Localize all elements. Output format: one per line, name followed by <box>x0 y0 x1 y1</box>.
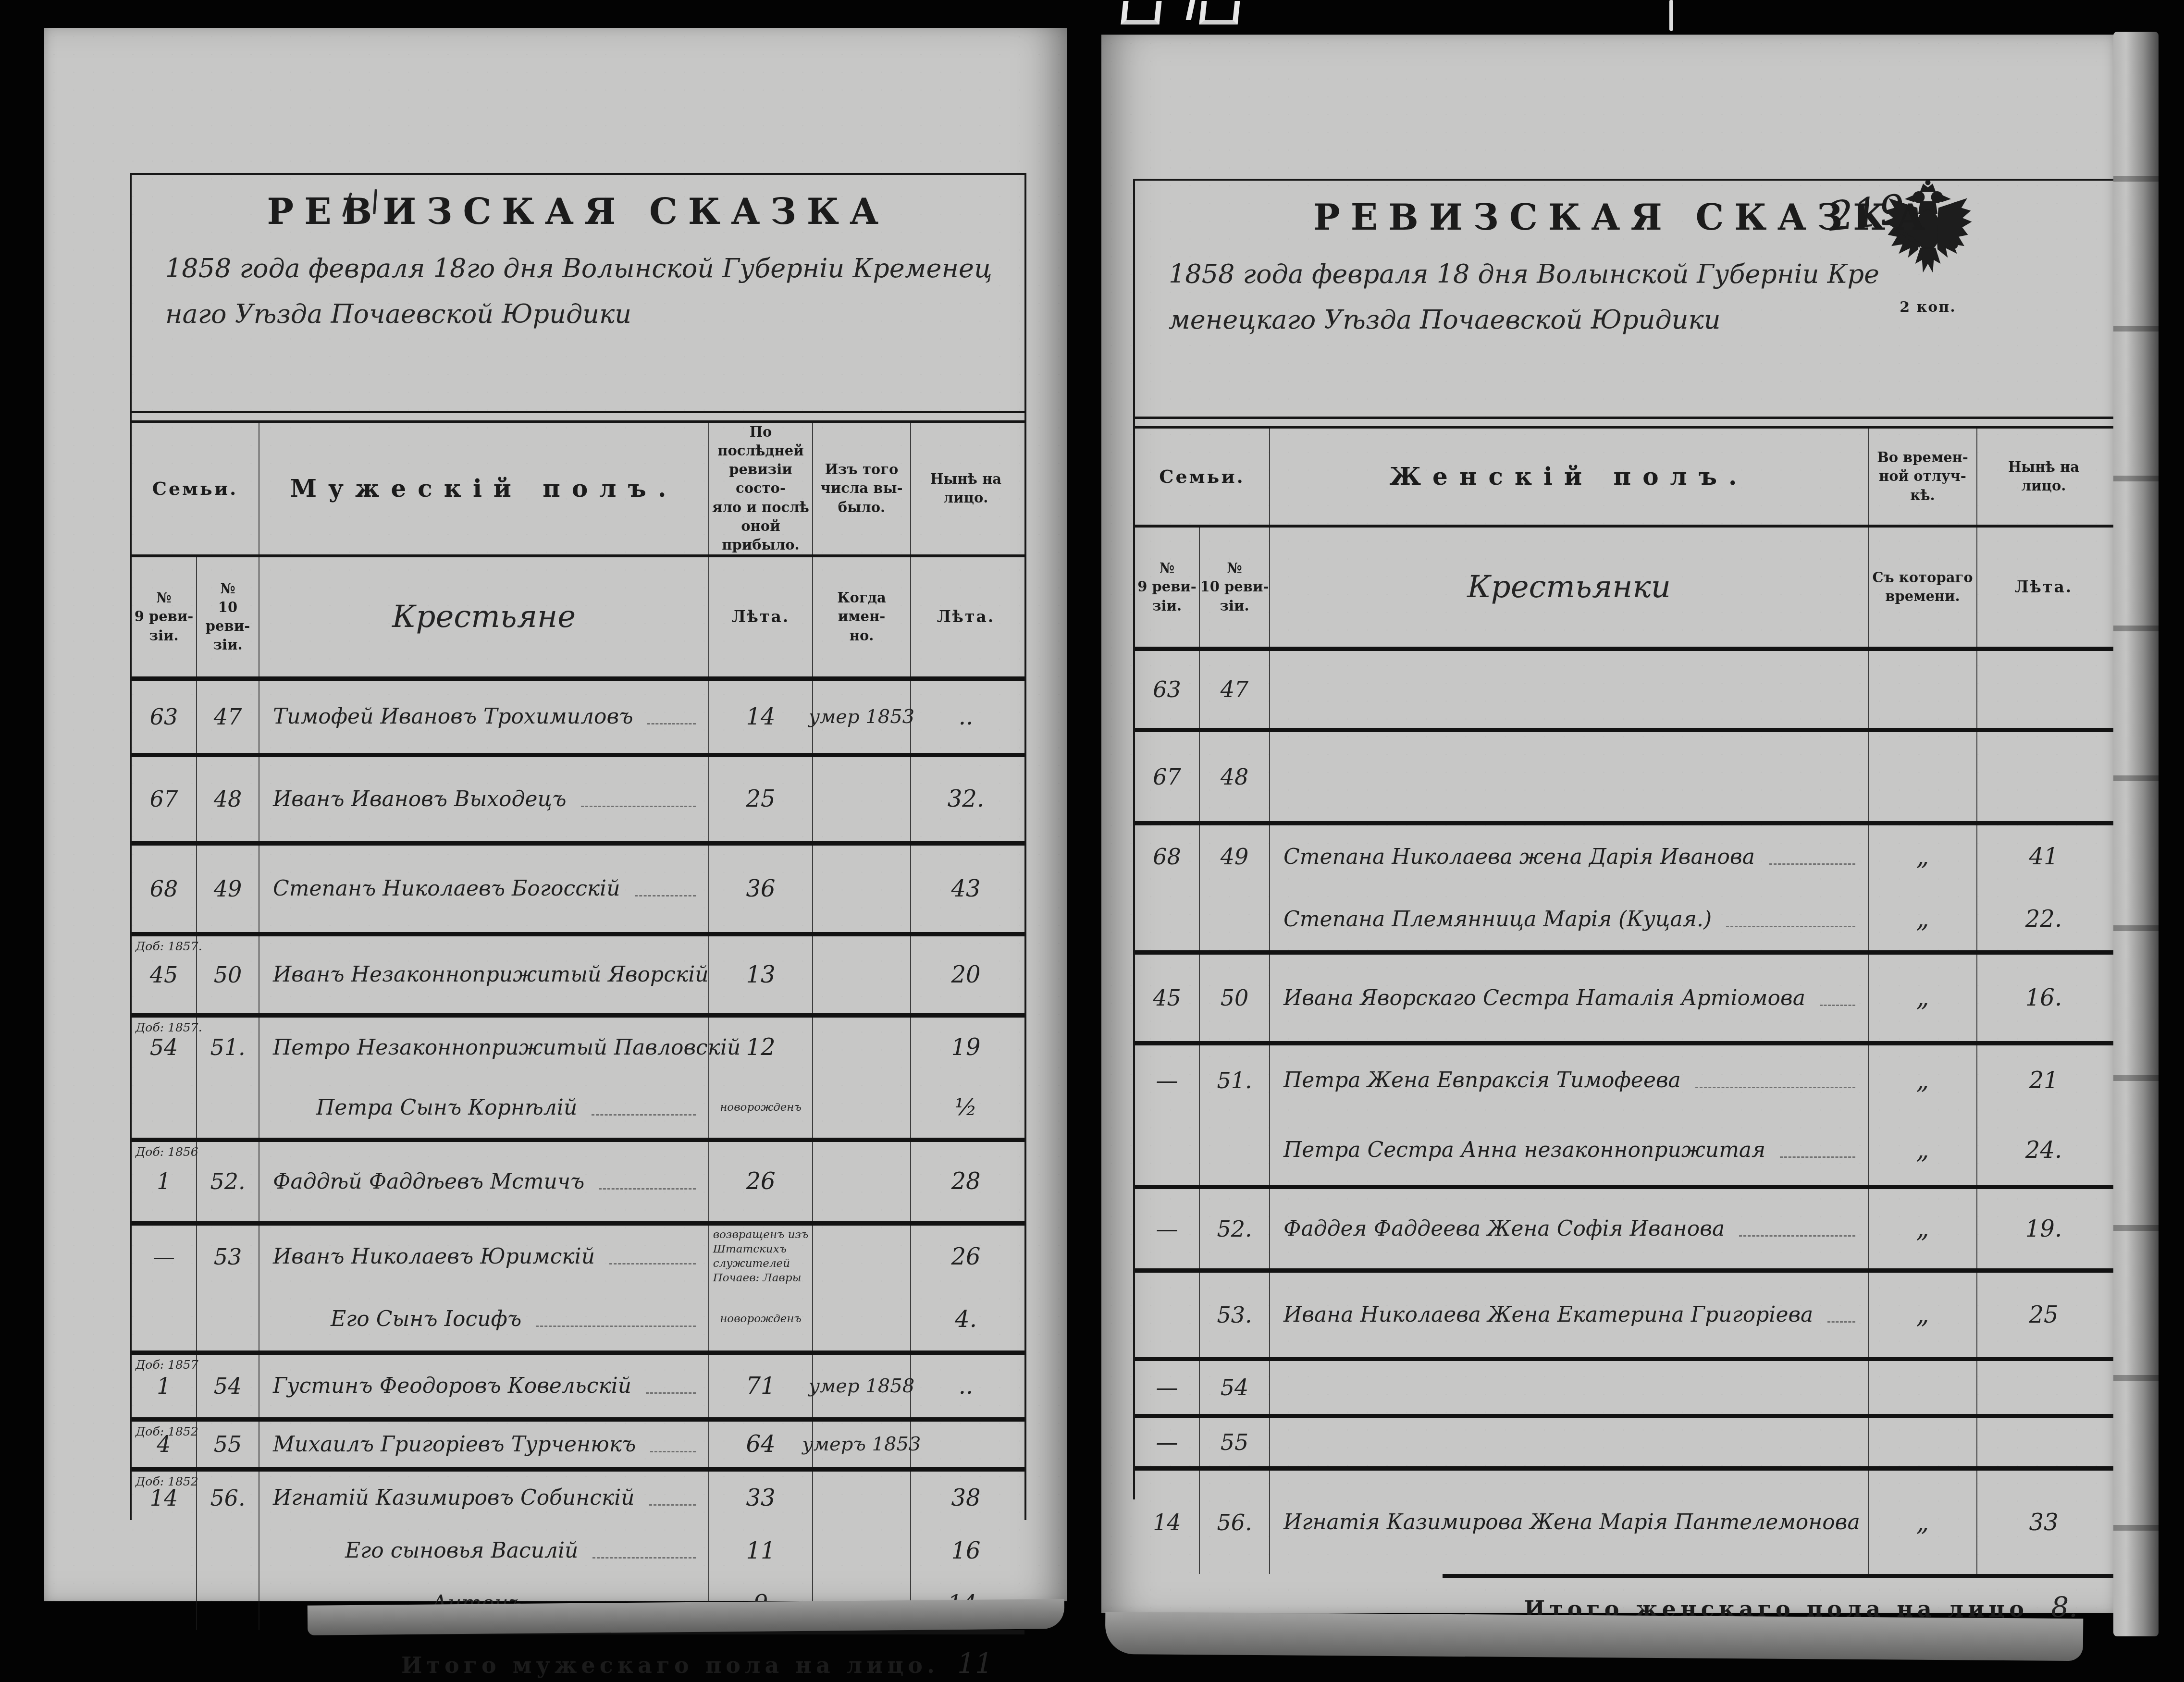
age-now: ½ <box>955 1094 977 1121</box>
name-cell <box>1270 1418 1869 1466</box>
rev9-number: 68 <box>1153 844 1181 870</box>
age-now-cell: 38 <box>911 1472 1021 1524</box>
person-name: Ивана Николаева Жена Екатерина Григоріев… <box>1283 1302 1813 1327</box>
rev9-number: — <box>153 1244 175 1270</box>
since-cell <box>1869 651 1977 728</box>
ditto-mark: „ <box>1916 983 1929 1012</box>
rev9-cell: Доб: 1857.54 <box>132 1018 197 1078</box>
family-group: Доб: 1857154Густинъ Феодоровъ Ковельскій… <box>132 1351 1024 1417</box>
col-header-male-sex: Мужескій полъ. <box>259 423 709 554</box>
person-name: Степана Николаева жена Дарія Иванова <box>1283 845 1755 869</box>
name-cell: Тимофей Ивановъ Трохимиловъ <box>259 681 709 753</box>
rev10-cell: 56. <box>197 1472 259 1524</box>
person-name: Михаилъ Григоріевъ Турченюкъ <box>273 1432 636 1457</box>
total-value: 11 <box>939 1647 1011 1680</box>
since-cell: „ <box>1869 825 1977 888</box>
rev10-number: 55 <box>1221 1429 1249 1455</box>
family-group: 6849Степанъ Николаевъ Богосскій3643 <box>132 841 1024 932</box>
person-line: —54 <box>1135 1361 2114 1414</box>
name-cell: Петра Сынъ Корнѣлій <box>259 1078 709 1138</box>
name-cell: Степанъ Николаевъ Богосскій <box>259 846 709 932</box>
age-now-cell: 19. <box>1977 1189 2110 1268</box>
col-header-years-now: Лѣта. <box>911 557 1021 676</box>
rev10-cell: 53 <box>197 1226 259 1288</box>
rev10-cell: 49 <box>197 846 259 932</box>
age-now-cell: 19 <box>911 1018 1021 1078</box>
age-now-cell <box>1977 1418 2110 1466</box>
name-cell <box>1270 1361 1869 1414</box>
rev9-cell: Доб: 18571 <box>132 1355 197 1417</box>
departed-cell <box>813 936 911 1013</box>
person-name: Иванъ Незаконноприжитый Яворскій <box>273 962 709 987</box>
table-top-rule <box>1135 417 2114 429</box>
age-now: 4. <box>955 1306 977 1333</box>
rev9-cell <box>132 1577 197 1630</box>
rev10-number: 51. <box>1217 1068 1252 1093</box>
rev10-cell: 54 <box>1200 1361 1270 1414</box>
col-header-rev9: № 9 реви- зіи. <box>132 557 197 676</box>
age-previous-revision: 71 <box>746 1373 775 1400</box>
person-name: Его сыновья Василій <box>345 1538 578 1563</box>
family-group: 6748Иванъ Ивановъ Выходецъ2532. <box>132 753 1024 841</box>
trailing-rule <box>536 1325 696 1327</box>
person-line: Петра Сестра Анна незаконноприжитая„24. <box>1135 1115 2114 1185</box>
person-name: Петра Сестра Анна незаконноприжитая <box>1283 1138 1765 1162</box>
person-line: —53Иванъ Николаевъ Юримскійвозвращенъ из… <box>132 1226 1024 1288</box>
rev9-number: 1 <box>157 1168 171 1194</box>
rev10-cell: 47 <box>1200 651 1270 728</box>
person-name: Степанъ Николаевъ Богосскій <box>273 876 620 901</box>
person-name: Густинъ Феодоровъ Ковельскій <box>273 1374 631 1398</box>
person-name: Степана Племянница Марія (Куцая.) <box>1283 907 1712 932</box>
departed-cell <box>813 1472 911 1524</box>
rev10-cell: 52. <box>1200 1189 1270 1268</box>
table-body: 6347Тимофей Ивановъ Трохимиловъ14умер 18… <box>132 681 1024 1630</box>
col-header-female-sex: Женскій полъ. <box>1270 429 1869 525</box>
age-previous-revision: 25 <box>746 786 775 812</box>
person-name: Игнатій Казимировъ Собинскій <box>273 1486 635 1510</box>
rev9-cell: 63 <box>132 681 197 753</box>
rev10-cell: 47 <box>197 681 259 753</box>
table-body: 634767486849Степана Николаева жена Дарія… <box>1135 651 2114 1574</box>
rev9-cell: — <box>1135 1045 1200 1115</box>
rev9-number: 14 <box>1153 1510 1181 1535</box>
age-now-cell: 43 <box>911 846 1021 932</box>
name-cell: Петро Незаконноприжитый Павловскій <box>259 1018 709 1078</box>
rev9-cell: 68 <box>132 846 197 932</box>
rev10-cell <box>1200 1115 1270 1185</box>
margin-annotation: Доб: 1857. <box>136 1020 202 1034</box>
rev9-number: 68 <box>150 876 178 902</box>
rev10-number: 51. <box>210 1034 245 1060</box>
family-group: —52.Фаддея Фаддеева Жена Софія Иванова„1… <box>1135 1185 2114 1268</box>
trailing-rule <box>1726 925 1855 927</box>
age-now-cell: 32. <box>911 757 1021 841</box>
person-line: —51.Петра Жена Евпраксія Тимофеева„21 <box>1135 1045 2114 1115</box>
age-previous-revision: 26 <box>746 1168 775 1195</box>
total-row: Итого мужескаго пола на лицо. 11 <box>132 1634 1024 1682</box>
rev9-number: 67 <box>1153 764 1181 790</box>
since-cell: „ <box>1869 1115 1977 1185</box>
name-cell: Густинъ Феодоровъ Ковельскій <box>259 1355 709 1417</box>
departed-cell <box>813 1018 911 1078</box>
name-cell: Его Сынъ Іосифъ <box>259 1288 709 1351</box>
rev9-number: — <box>1156 1429 1178 1455</box>
rev9-cell: Доб: 185214 <box>132 1472 197 1524</box>
trailing-rule <box>646 1391 696 1394</box>
rev9-cell: 68 <box>1135 825 1200 888</box>
departed-cell <box>813 1524 911 1577</box>
age-now-cell: 21 <box>1977 1045 2110 1115</box>
col-header-when-exactly: Когда имен- но. <box>813 557 911 676</box>
rev10-cell: 52. <box>197 1142 259 1221</box>
age-now-cell: 16 <box>911 1524 1021 1577</box>
total-label: Итого мужескаго пола на лицо. <box>401 1652 939 1678</box>
trailing-rule <box>1695 1086 1855 1088</box>
age-now-cell: .. <box>911 1355 1021 1417</box>
rev10-cell: 51. <box>1200 1045 1270 1115</box>
departed-note: умеръ 1853 <box>802 1433 921 1455</box>
age-now-cell: 16. <box>1977 955 2110 1041</box>
trailing-rule <box>1827 1320 1855 1323</box>
person-line: 4550Ивана Яворскаго Сестра Наталія Артіо… <box>1135 955 2114 1041</box>
departed-note: умер 1858 <box>809 1375 914 1397</box>
rev10-number: 49 <box>1221 844 1249 870</box>
age-previous-revision: 14 <box>746 703 775 730</box>
rev9-cell: 67 <box>1135 732 1200 821</box>
age-prev-cell: 33 <box>709 1472 813 1524</box>
name-cell: Иванъ Незаконноприжитый Яворскій <box>259 936 709 1013</box>
age-now-cell <box>911 1422 1021 1467</box>
rev9-number: 63 <box>1153 676 1181 702</box>
age-previous-revision: возвращенъ изъ Штатскихъ служителей Поча… <box>713 1228 809 1286</box>
rev10-number: 56. <box>210 1485 245 1511</box>
age-prev-cell: 64 <box>709 1422 813 1467</box>
age-now: 33 <box>2029 1509 2058 1536</box>
name-cell: Петра Жена Евпраксія Тимофеева <box>1270 1045 1869 1115</box>
since-cell: „ <box>1869 888 1977 950</box>
rev10-cell: 56. <box>1200 1471 1270 1574</box>
age-now-cell: 28 <box>911 1142 1021 1221</box>
person-line: 6849Степана Николаева жена Дарія Иванова… <box>1135 825 2114 888</box>
age-now: 43 <box>951 875 980 902</box>
table-header-row-2: № 9 реви- зіи. № 10 реви- зіи. Крестьяне… <box>132 557 1024 681</box>
family-group: 6748 <box>1135 728 2114 821</box>
ditto-mark: „ <box>1916 842 1929 871</box>
family-group: Доб: 1852455Михаилъ Григоріевъ Турченюкъ… <box>132 1417 1024 1467</box>
col-header-absence: Во времен- ной отлуч- кѣ. <box>1869 429 1977 525</box>
person-line: 53.Ивана Николаева Жена Екатерина Григор… <box>1135 1273 2114 1357</box>
rev9-cell <box>132 1524 197 1577</box>
col-header-family: Семьи. <box>132 423 259 554</box>
rev9-number: 54 <box>150 1034 178 1060</box>
rev9-cell: Доб: 1857.45 <box>132 936 197 1013</box>
rev10-number: 52. <box>1217 1216 1252 1242</box>
age-now-cell <box>1977 1361 2110 1414</box>
person-name: Его Сынъ Іосифъ <box>331 1307 521 1331</box>
person-line: Петра Сынъ Корнѣлійноворожденъ½ <box>132 1078 1024 1138</box>
age-now: 16 <box>951 1537 980 1564</box>
departed-cell <box>813 846 911 932</box>
name-cell: Иванъ Ивановъ Выходецъ <box>259 757 709 841</box>
rev9-cell: 45 <box>1135 955 1200 1041</box>
age-previous-revision: новорожденъ <box>720 1312 802 1326</box>
rev9-cell: 14 <box>1135 1471 1200 1574</box>
departed-cell <box>813 1288 911 1351</box>
table-header-row-1: Семьи. Мужескій полъ. По послѣдней ревиз… <box>132 423 1024 557</box>
family-group: 6347 <box>1135 651 2114 728</box>
rev10-cell <box>197 1524 259 1577</box>
rev9-number: — <box>1156 1375 1178 1400</box>
name-cell: Петра Сестра Анна незаконноприжитая <box>1270 1115 1869 1185</box>
person-line: Доб: 1856152.Фаддѣй Фаддѣевъ Мстичъ2628 <box>132 1142 1024 1221</box>
rev9-cell: — <box>1135 1418 1200 1466</box>
rev10-number: 50 <box>1221 985 1249 1011</box>
rev10-number: 50 <box>214 962 242 988</box>
document-frame: РЕВИЗСКАЯ СКАЗКА 1858 года февраля 18 дн… <box>1133 179 2116 1499</box>
margin-annotation: Доб: 1852 <box>136 1424 198 1438</box>
age-previous-revision: 11 <box>746 1537 775 1564</box>
rev9-cell: — <box>132 1226 197 1288</box>
rev9-number: 63 <box>150 704 178 730</box>
rev10-cell: 50 <box>197 936 259 1013</box>
col-header-present: Нынѣ на лицо. <box>911 423 1021 554</box>
margin-annotation: Доб: 1852 <box>136 1474 198 1488</box>
age-now: 19. <box>2025 1215 2062 1242</box>
person-line: Доб: 1857154Густинъ Феодоровъ Ковельскій… <box>132 1355 1024 1417</box>
name-cell: Фаддея Фаддеева Жена Софія Иванова <box>1270 1189 1869 1268</box>
rev10-cell <box>197 1577 259 1630</box>
margin-annotation: Доб: 1856 <box>136 1145 198 1159</box>
departed-cell: умеръ 1853 <box>813 1422 911 1467</box>
person-name: Иванъ Николаевъ Юримскій <box>273 1244 595 1269</box>
person-name: Петра Жена Евпраксія Тимофеева <box>1283 1068 1681 1093</box>
rev10-number: 52. <box>210 1168 245 1194</box>
rev10-number: 48 <box>214 786 242 812</box>
rev10-cell: 48 <box>197 757 259 841</box>
name-cell: Михаилъ Григоріевъ Турченюкъ <box>259 1422 709 1467</box>
col-header-years-now: Лѣта. <box>1977 528 2110 647</box>
col-header-years-prev: Лѣта. <box>709 557 813 676</box>
rev10-number: 54 <box>1221 1375 1249 1400</box>
departed-cell: умер 1853 <box>813 681 911 753</box>
age-previous-revision: 36 <box>746 875 775 902</box>
since-cell: „ <box>1869 1189 1977 1268</box>
margin-annotation: Доб: 1857. <box>136 939 202 953</box>
family-group: —54 <box>1135 1357 2114 1414</box>
table-header-row-2: № 9 реви- зіи. № 10 реви- зіи. Крестьянк… <box>1135 528 2114 651</box>
film-counter-mark <box>1167 0 1196 20</box>
person-name: Петро Незаконноприжитый Павловскій <box>273 1035 740 1060</box>
rev9-cell <box>1135 888 1200 950</box>
rev10-number: 47 <box>214 704 242 730</box>
trailing-rule <box>647 722 696 724</box>
rev9-number: 14 <box>150 1485 178 1511</box>
person-line: —52.Фаддея Фаддеева Жена Софія Иванова„1… <box>1135 1189 2114 1268</box>
page-title: РЕВИЗСКАЯ СКАЗКА <box>132 191 1024 233</box>
rev9-number: 67 <box>150 786 178 812</box>
age-now-cell <box>1977 651 2110 728</box>
name-cell: Ивана Яворскаго Сестра Наталія Артіомова <box>1270 955 1869 1041</box>
rev10-cell <box>1200 888 1270 950</box>
rev10-cell <box>197 1288 259 1351</box>
ditto-mark: „ <box>1916 1215 1929 1243</box>
person-line: Доб: 1857.5451.Петро Незаконноприжитый П… <box>132 1018 1024 1078</box>
age-now-cell: 26 <box>911 1226 1021 1288</box>
ditto-mark: „ <box>1916 1508 1929 1537</box>
age-now: 25 <box>2029 1301 2058 1328</box>
age-now-cell: 41 <box>1977 825 2110 888</box>
age-prev-cell: новорожденъ <box>709 1078 813 1138</box>
col-header-rev9: № 9 реви- зіи. <box>1135 528 1200 647</box>
since-cell <box>1869 732 1977 821</box>
rev9-number: — <box>1156 1216 1178 1242</box>
age-now-cell: .. <box>911 681 1021 753</box>
age-now: 32. <box>948 786 984 812</box>
left-page: РЕВИЗСКАЯ СКАЗКА 1858 года февраля 18го … <box>44 28 1067 1601</box>
book-page-stack-edge <box>2113 32 2159 1636</box>
trailing-rule <box>1780 1155 1855 1158</box>
rev9-cell <box>132 1288 197 1351</box>
age-now: 22. <box>2025 906 2062 933</box>
age-now: 16. <box>2025 984 2062 1011</box>
rev10-cell: 48 <box>1200 732 1270 821</box>
age-prev-cell: 71 <box>709 1355 813 1417</box>
age-now: .. <box>959 703 974 730</box>
trailing-rule <box>649 1503 696 1506</box>
ditto-mark: „ <box>1916 1066 1929 1095</box>
name-cell: Фаддѣй Фаддѣевъ Мстичъ <box>259 1142 709 1221</box>
family-group: —51.Петра Жена Евпраксія Тимофеева„21Пет… <box>1135 1041 2114 1185</box>
col-header-peasant-women: Крестьянки <box>1270 528 1869 647</box>
name-cell: Степана Николаева жена Дарія Иванова <box>1270 825 1869 888</box>
rev9-cell <box>1135 1273 1200 1357</box>
departed-cell <box>813 1142 911 1221</box>
departed-cell <box>813 757 911 841</box>
person-line: 6849Степанъ Николаевъ Богосскій3643 <box>132 846 1024 932</box>
rev10-cell: 54 <box>197 1355 259 1417</box>
age-now-cell: 22. <box>1977 888 2110 950</box>
age-prev-cell: 36 <box>709 846 813 932</box>
age-previous-revision: 12 <box>746 1034 775 1061</box>
right-page: 219 2 коп. <box>1101 35 2116 1613</box>
col-header-since-when: Съ котораго времени. <box>1869 528 1977 647</box>
family-group: —55 <box>1135 1414 2114 1466</box>
age-now-cell: 4. <box>911 1288 1021 1351</box>
trailing-rule <box>650 1450 696 1452</box>
person-line: 6347 <box>1135 651 2114 728</box>
person-name: Иванъ Ивановъ Выходецъ <box>273 787 567 811</box>
age-now-cell: 25 <box>1977 1273 2110 1357</box>
rev10-number: 55 <box>214 1431 242 1457</box>
person-line: 6748 <box>1135 732 2114 821</box>
rev10-cell: 55 <box>197 1422 259 1467</box>
rev9-number: — <box>1156 1068 1178 1093</box>
scanned-revision-list: РЕВИЗСКАЯ СКАЗКА 1858 года февраля 18го … <box>0 0 2184 1682</box>
rev10-number: 53. <box>1217 1302 1252 1328</box>
age-now: 41 <box>2029 843 2058 870</box>
film-counter-mark <box>1121 1 1161 25</box>
age-previous-revision: 33 <box>746 1485 775 1511</box>
age-prev-cell: возвращенъ изъ Штатскихъ служителей Поча… <box>709 1226 813 1288</box>
age-now: 38 <box>951 1485 980 1511</box>
trailing-rule <box>581 805 696 807</box>
rev9-number: 1 <box>157 1373 171 1399</box>
family-group: Доб: 1857.4550Иванъ Незаконноприжитый Яв… <box>132 932 1024 1013</box>
rev10-number: 56. <box>1217 1510 1252 1535</box>
rev9-cell: Доб: 18524 <box>132 1422 197 1467</box>
family-group: 6849Степана Николаева жена Дарія Иванова… <box>1135 821 2114 950</box>
film-scratch-mark <box>1669 0 1673 31</box>
name-cell <box>1270 651 1869 728</box>
family-group: 53.Ивана Николаева Жена Екатерина Григор… <box>1135 1268 2114 1357</box>
page-title: РЕВИЗСКАЯ СКАЗКА <box>1135 197 2114 238</box>
col-header-rev10: № 10 реви- зіи. <box>197 557 259 676</box>
col-header-peasants: Крестьяне <box>259 557 709 676</box>
person-name: Ивана Яворскаго Сестра Наталія Артіомова <box>1283 986 1805 1010</box>
departed-cell: умер 1858 <box>813 1355 911 1417</box>
family-group: Доб: 1856152.Фаддѣй Фаддѣевъ Мстичъ2628 <box>132 1138 1024 1221</box>
col-header-present: Нынѣ на лицо. <box>1977 429 2110 525</box>
rev10-cell: 51. <box>197 1018 259 1078</box>
rev9-cell <box>1135 1115 1200 1185</box>
person-name: Фаддея Фаддеева Жена Софія Иванова <box>1283 1216 1725 1241</box>
trailing-rule <box>1739 1234 1855 1237</box>
ditto-mark: „ <box>1916 1301 1929 1329</box>
departed-cell <box>813 1226 911 1288</box>
age-now-cell: 24. <box>1977 1115 2110 1185</box>
person-line: Его Сынъ Іосифъноворожденъ4. <box>132 1288 1024 1351</box>
rev9-number: 45 <box>150 962 178 988</box>
age-prev-cell: 11 <box>709 1524 813 1577</box>
ditto-mark: „ <box>1916 1136 1929 1165</box>
age-prev-cell: новорожденъ <box>709 1288 813 1351</box>
person-line: 6748Иванъ Ивановъ Выходецъ2532. <box>132 757 1024 841</box>
family-group: 4550Ивана Яворскаго Сестра Наталія Артіо… <box>1135 950 2114 1041</box>
rev10-cell: 49 <box>1200 825 1270 888</box>
rev10-cell: 55 <box>1200 1418 1270 1466</box>
rev9-cell: 67 <box>132 757 197 841</box>
person-line: Доб: 1852455Михаилъ Григоріевъ Турченюкъ… <box>132 1422 1024 1467</box>
age-previous-revision: 13 <box>746 961 775 988</box>
person-line: Степана Племянница Марія (Куцая.)„22. <box>1135 888 2114 950</box>
book-bottom-edge <box>1105 1612 2084 1661</box>
age-prev-cell: 12 <box>709 1018 813 1078</box>
person-line: Его сыновья Василій1116 <box>132 1524 1024 1577</box>
ditto-mark: „ <box>1916 905 1929 933</box>
family-group: 1456.Игнатія Казимирова Жена Марія Панте… <box>1135 1466 2114 1574</box>
person-line: Доб: 1857.4550Иванъ Незаконноприжитый Яв… <box>132 936 1024 1013</box>
rev10-number: 48 <box>1221 764 1249 790</box>
trailing-rule <box>599 1187 696 1190</box>
since-cell: „ <box>1869 955 1977 1041</box>
age-prev-cell: 13 <box>709 936 813 1013</box>
col-header-rev10: № 10 реви- зіи. <box>1200 528 1270 647</box>
rev10-number: 53 <box>214 1244 242 1270</box>
name-cell: Ивана Николаева Жена Екатерина Григоріев… <box>1270 1273 1869 1357</box>
trailing-rule <box>609 1262 696 1265</box>
age-prev-cell: 26 <box>709 1142 813 1221</box>
name-cell: Степана Племянница Марія (Куцая.) <box>1270 888 1869 950</box>
person-line: —55 <box>1135 1418 2114 1466</box>
rev10-cell: 53. <box>1200 1273 1270 1357</box>
rev10-cell <box>197 1078 259 1138</box>
age-now: 28 <box>951 1168 980 1195</box>
rev10-number: 47 <box>1221 676 1249 702</box>
family-group: 6347Тимофей Ивановъ Трохимиловъ14умер 18… <box>132 681 1024 753</box>
since-cell <box>1869 1418 1977 1466</box>
age-now: .. <box>959 1373 974 1400</box>
